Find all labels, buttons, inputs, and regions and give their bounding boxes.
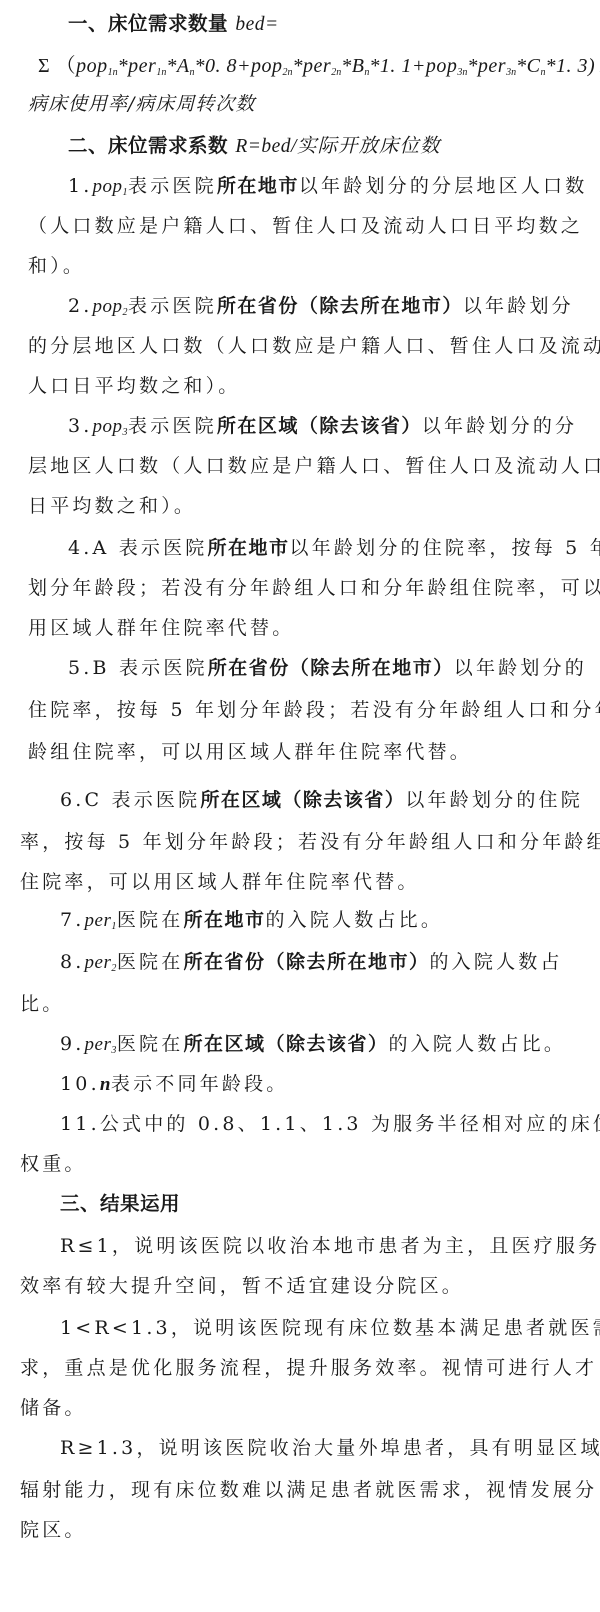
item-text: 的入院人数占比。 [265,909,443,931]
item-bold: 所在地市 [217,175,299,197]
item-var: per [85,1034,112,1055]
sub: n [540,67,545,78]
term-pop: pop [251,55,283,77]
item-5-line-1: 5.B 表示医院所在省份（除去所在地市）以年龄划分的 [68,654,587,682]
item-pre: 医院在 [117,951,184,973]
sub: 3n [506,67,516,78]
item-3-line-1: 3.pop3表示医院所在区域（除去该省）以年龄划分的分 [68,412,577,447]
term-per: per [303,55,331,77]
item-text: 以年龄划分的分层地区人口数 [299,175,588,197]
item-number: 7. [60,909,85,931]
item-1-line-1: 1.pop1表示医院所在地市以年龄划分的分层地区人口数 [68,172,587,207]
item-number: 8. [60,951,85,973]
item-var: pop [93,416,123,437]
item-var: A [93,537,110,559]
item-number: 4. [68,537,93,559]
bed-formula-line-2: 病床使用率/病床周转次数 [28,90,255,118]
item-pre: 医院在 [117,909,184,931]
term-weight: 1. 1 [380,55,412,77]
item-bold: 所在省份（除去所在地市） [208,657,454,679]
term-weight: 1. 3 [556,55,588,77]
item-5-line-3: 龄组住院率，可以用区域人群年住院率代替。 [28,738,472,766]
item-bold: 所在区域（除去该省） [200,789,405,811]
item-6-line-2: 率，按每 5 年划分年龄段；若没有分年龄组人口和分年龄组 [20,828,600,856]
item-8-line-1: 8.per2医院在所在省份（除去所在地市）的入院人数占 [60,948,563,983]
item-8-line-2: 比。 [20,990,64,1018]
result-3-line-1: R≥1.3，说明该医院收治大量外埠患者，具有明显区域 [60,1434,600,1462]
result-3-line-2: 辐射能力，现有床位数难以满足患者就医需求，视情发展分 [20,1476,597,1504]
item-number: 10. [60,1073,100,1095]
term-coef: C [527,55,541,77]
sub: 1n [108,67,118,78]
item-2-line-1: 2.pop2表示医院所在省份（除去所在地市）以年龄划分 [68,292,574,327]
bed-formula-line-1: Σ （pop1n*per1n*An*0. 8+pop2n*per2n*Bn*1.… [38,52,600,87]
item-pre: 表示医院 [112,789,201,811]
item-pre: 表示不同年龄段。 [111,1073,289,1095]
item-var: per [85,910,112,931]
item-5-line-2: 住院率，按每 5 年划分年龄段；若没有分年龄组人口和分年 [28,696,600,724]
item-text: 的入院人数占比。 [388,1033,566,1055]
item-pre: 表示医院 [128,175,217,197]
item-bold: 所在省份（除去所在地市） [183,951,429,973]
term-coef: B [352,55,365,77]
item-6-line-1: 6.C 表示医院所在区域（除去该省）以年龄划分的住院 [60,786,583,814]
item-text: 以年龄划分的住院率，按每 5 年 [290,537,600,559]
item-number: 6. [60,789,85,811]
result-2-line-3: 储备。 [20,1394,87,1422]
item-4-line-1: 4.A 表示医院所在地市以年龄划分的住院率，按每 5 年 [68,534,600,562]
item-bold: 所在地市 [183,909,265,931]
item-var: B [93,657,110,679]
item-var: C [85,789,103,811]
result-1-line-1: R≤1，说明该医院以收治本地市患者为主，且医疗服务 [60,1232,600,1260]
item-2-line-3: 人口日平均数之和）。 [28,372,241,400]
item-pre: 表示医院 [119,537,208,559]
item-bold: 所在区域（除去该省） [183,1033,388,1055]
item-4-line-2: 划分年龄段；若没有分年龄组人口和分年龄组住院率，可以 [28,574,600,602]
item-2-line-2: 的分层地区人口数（人口数应是户籍人口、暂住人口及流动 [28,332,600,360]
result-3-line-3: 院区。 [20,1516,87,1544]
item-text: 的入院人数占 [429,951,562,973]
item-9-line-1: 9.per3医院在所在区域（除去该省）的入院人数占比。 [60,1030,566,1065]
item-1-line-2: （人口数应是户籍人口、暂住人口及流动人口日平均数之 [28,212,583,240]
sub: n [190,67,195,78]
r-formula-denominator: 实际开放床位数 [297,134,441,157]
section-1-heading: 一、床位需求数量 bed= [68,10,279,39]
section-2-heading: 二、床位需求系数 R=bed/实际开放床位数 [68,132,440,161]
item-number: 1. [68,175,93,197]
item-text: 以年龄划分的分 [422,415,577,437]
item-bold: 所在区域（除去该省） [217,415,422,437]
heading-text: 一、床位需求数量 [68,12,228,35]
term-weight: 0. 8 [205,55,237,77]
item-bold: 所在地市 [208,537,290,559]
result-1-line-2: 效率有较大提升空间，暂不适宜建设分院区。 [20,1272,464,1300]
result-2-line-2: 求，重点是优化服务流程，提升服务效率。视情可进行人才 [20,1354,597,1382]
item-text: 公式中的 0.8、1.1、1.3 为服务半径相对应的床位 [100,1113,600,1135]
item-11-line-1: 11.公式中的 0.8、1.1、1.3 为服务半径相对应的床位 [60,1110,600,1138]
item-number: 9. [60,1033,85,1055]
close-paren: ) / [588,55,600,77]
result-2-line-1: 1<R<1.3，说明该医院现有床位数基本满足患者就医需 [60,1314,600,1342]
term-coef: A [177,55,190,77]
sub: n [364,67,369,78]
r-formula: R=bed/ [235,136,297,157]
item-number: 5. [68,657,93,679]
item-var: pop [93,176,123,197]
item-text: 以年龄划分的 [454,657,587,679]
heading-text: 二、床位需求系数 [68,134,228,157]
sub: 1n [156,67,166,78]
sub: 3n [457,67,467,78]
item-bold: 所在省份（除去所在地市） [217,295,463,317]
item-number: 11. [60,1113,100,1135]
item-text: 以年龄划分的住院 [405,789,583,811]
item-text: 以年龄划分 [463,295,574,317]
item-pre: 表示医院 [128,415,217,437]
sub: 2n [331,67,341,78]
item-1-line-3: 和）。 [28,252,85,280]
item-number: 2. [68,295,93,317]
item-6-line-3: 住院率，可以用区域人群年住院率代替。 [20,868,420,896]
item-var: per [85,952,112,973]
open-paren: （ [56,55,77,77]
item-3-line-2: 层地区人口数（人口数应是户籍人口、暂住人口及流动人口 [28,452,600,480]
item-var: pop [93,296,123,317]
item-10-line-1: 10.n表示不同年龄段。 [60,1070,289,1099]
sigma-symbol: Σ [38,55,50,77]
term-pop: pop [76,55,108,77]
sub: 2n [283,67,293,78]
term-pop: pop [426,55,458,77]
heading-var: bed= [235,14,278,35]
section-3-heading: 三、结果运用 [60,1190,180,1218]
item-11-line-2: 权重。 [20,1150,87,1178]
item-pre: 表示医院 [119,657,208,679]
item-7-line-1: 7.per1医院在所在地市的入院人数占比。 [60,906,443,941]
item-3-line-3: 日平均数之和）。 [28,492,196,520]
item-pre: 医院在 [117,1033,184,1055]
term-per: per [478,55,506,77]
item-var: n [100,1074,111,1095]
term-per: per [128,55,156,77]
item-4-line-3: 用区域人群年住院率代替。 [28,614,294,642]
item-pre: 表示医院 [128,295,217,317]
item-number: 3. [68,415,93,437]
